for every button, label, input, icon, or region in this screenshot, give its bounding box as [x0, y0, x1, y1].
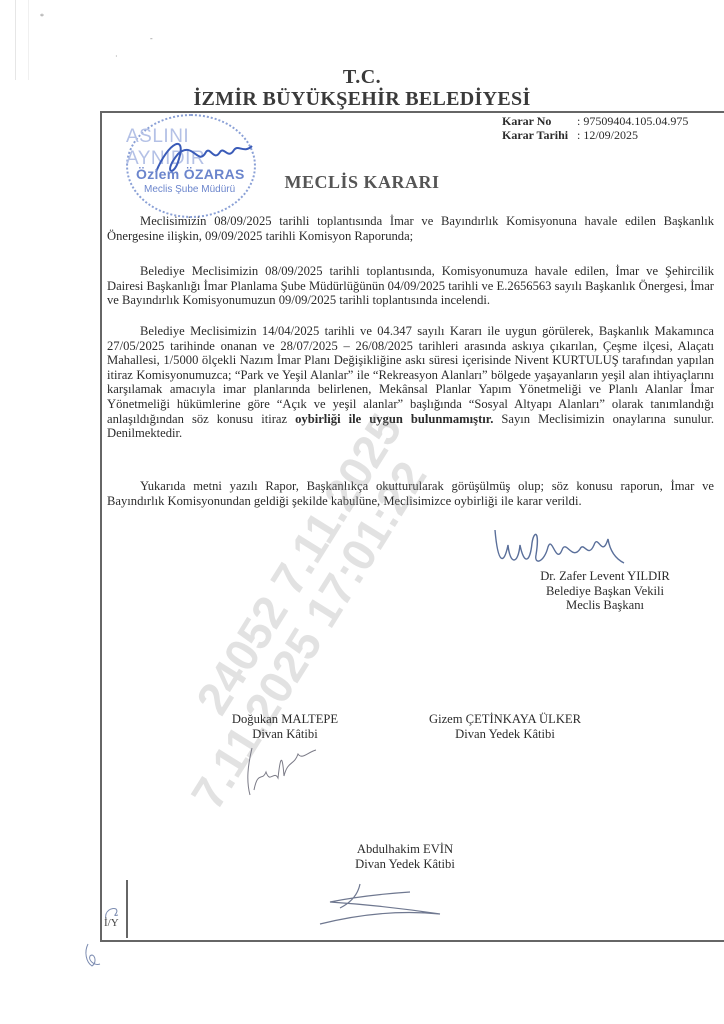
chair-signature-icon	[490, 525, 630, 570]
paragraph-2: Belediye Meclisimizin 08/09/2025 tarihli…	[107, 264, 714, 308]
page-paraph-icon	[80, 942, 110, 970]
paragraph-3-text: Belediye Meclisimizin 14/04/2025 tarihli…	[107, 324, 714, 426]
scan-speck: *	[40, 12, 44, 21]
chair-role-1: Belediye Başkan Vekili	[485, 584, 724, 599]
header-organization: İZMİR BÜYÜKŞEHİR BELEDİYESİ	[0, 88, 724, 111]
initials-text: İ/Y	[104, 917, 119, 929]
clerk-2-signature-icon	[300, 880, 460, 930]
karar-no-label: Karar No	[502, 114, 577, 128]
clerk-3-name: Abdulhakim EVİN	[320, 842, 490, 857]
paragraph-3: Belediye Meclisimizin 14/04/2025 tarihli…	[107, 324, 714, 441]
clerk-1-role: Divan Kâtibi	[205, 727, 365, 742]
karar-no-value: : 97509404.105.04.975	[577, 114, 688, 128]
signature-block-chair: Dr. Zafer Levent YILDIR Belediye Başkan …	[485, 569, 724, 613]
clerk-1-signature-icon	[240, 740, 320, 800]
clerk-3-role: Divan Yedek Kâtibi	[320, 857, 490, 872]
chair-role-2: Meclis Başkanı	[485, 598, 724, 613]
header-tc: T.C.	[0, 66, 724, 89]
karar-tarihi-value: : 12/09/2025	[577, 128, 638, 142]
paragraph-1: Meclisimizin 08/09/2025 tarihli toplantı…	[107, 214, 714, 243]
signature-block-clerk-2: Gizem ÇETİNKAYA ÜLKER Divan Yedek Kâtibi	[405, 712, 605, 741]
scan-speck: ·	[115, 52, 118, 61]
signature-block-clerk-3: Abdulhakim EVİN Divan Yedek Kâtibi	[320, 842, 490, 871]
signature-block-clerk-1: Doğukan MALTEPE Divan Kâtibi	[205, 712, 365, 741]
document-title: MECLİS KARARI	[0, 172, 724, 193]
clerk-2-name: Gizem ÇETİNKAYA ÜLKER	[405, 712, 605, 727]
karar-tarihi-label: Karar Tarihi	[502, 128, 577, 142]
clerk-1-name: Doğukan MALTEPE	[205, 712, 365, 727]
certified-copy-stamp: ASLINI AYNIDIR Özlem ÖZARAS Meclis Şube …	[118, 112, 268, 217]
clerk-2-role: Divan Yedek Kâtibi	[405, 727, 605, 742]
scan-speck: -	[150, 34, 153, 43]
decision-meta: Karar No: 97509404.105.04.975 Karar Tari…	[502, 114, 688, 142]
chair-name: Dr. Zafer Levent YILDIR	[485, 569, 724, 584]
